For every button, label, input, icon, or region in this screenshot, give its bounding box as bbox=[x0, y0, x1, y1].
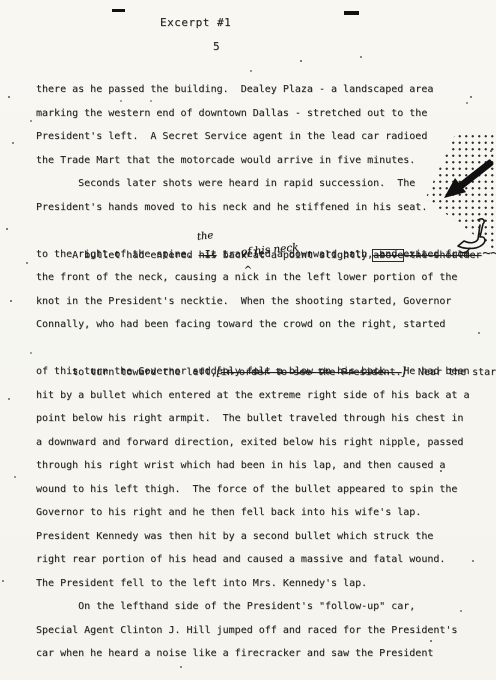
page-number: 5 bbox=[213, 40, 220, 53]
text-line: car when he heard a noise like a firecra… bbox=[36, 642, 476, 666]
text-line: wound to his left thigh. The force of th… bbox=[36, 478, 476, 502]
struck-word-his: thehis bbox=[199, 244, 217, 268]
dash-mark-left bbox=[112, 9, 125, 12]
text-line: through his right wrist which had been i… bbox=[36, 454, 476, 478]
handwritten-insertion-the: the bbox=[196, 231, 213, 243]
text-line: The President fell to the left into Mrs.… bbox=[36, 572, 476, 596]
strikethrough-text: his bbox=[199, 250, 217, 261]
text-line: of this turn the Governor suddenly felt … bbox=[36, 360, 476, 384]
text-line: the Trade Mart that the motorcade would … bbox=[36, 149, 476, 173]
page-title: Excerpt #1 bbox=[160, 16, 231, 29]
edited-text-line: A bullet had entered thehis back^of his … bbox=[36, 219, 476, 243]
document-page: Excerpt #1 5 there as he passed the buil… bbox=[0, 0, 496, 680]
body-text: there as he passed the building. Dealey … bbox=[36, 78, 476, 666]
caret-mark: ^ bbox=[244, 266, 252, 276]
text-line: Special Agent Clinton J. Hill jumped off… bbox=[36, 619, 476, 643]
text-line: knot in the President's necktie. When th… bbox=[36, 290, 476, 314]
dash-mark-right bbox=[344, 11, 359, 15]
text-line: Governor to his right and he then fell b… bbox=[36, 501, 476, 525]
scan-noise-specks bbox=[0, 0, 2, 2]
struck-text-line: to turn toward the left,[in order to see… bbox=[36, 337, 476, 361]
text-line: President's left. A Secret Service agent… bbox=[36, 125, 476, 149]
text-line: President Kennedy was then hit by a seco… bbox=[36, 525, 476, 549]
text-line: the front of the neck, causing a nick in… bbox=[36, 266, 476, 290]
text-line: hit by a bullet which entered at the ext… bbox=[36, 384, 476, 408]
text-line: right rear portion of his head and cause… bbox=[36, 548, 476, 572]
text-line: On the lefthand side of the President's … bbox=[36, 595, 476, 619]
text-line: President's hands moved to his neck and … bbox=[36, 196, 476, 220]
text-line: Connally, who had been facing toward the… bbox=[36, 313, 476, 337]
text-line: marking the western end of downtown Dall… bbox=[36, 102, 476, 126]
text-line: there as he passed the building. Dealey … bbox=[36, 78, 476, 102]
squiggle-mark: ~~~ bbox=[482, 246, 496, 260]
text-line: point below his right armpit. The bullet… bbox=[36, 407, 476, 431]
text-line: Seconds later shots were heard in rapid … bbox=[36, 172, 476, 196]
text-line: a downward and forward direction, exited… bbox=[36, 431, 476, 455]
